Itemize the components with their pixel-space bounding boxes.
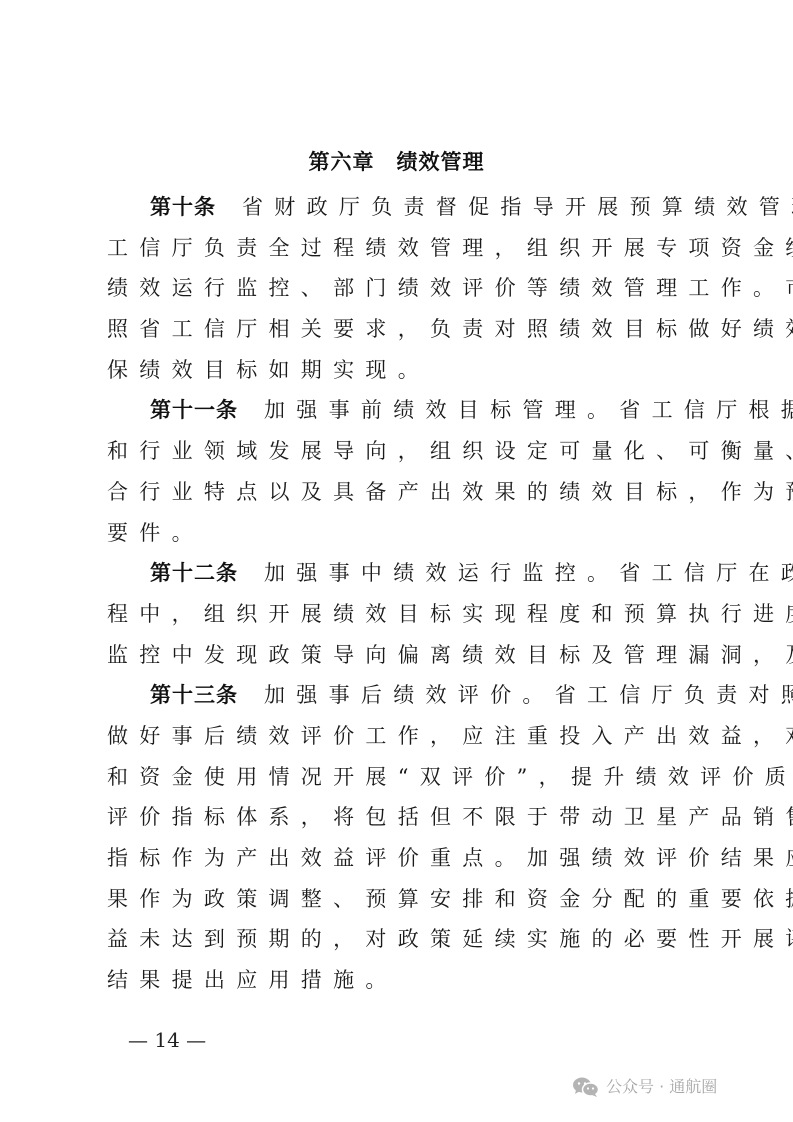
chapter-title: 第六章 绩效管理 (0, 147, 793, 177)
article-11-line-4: 要件。 (107, 513, 707, 554)
article-10-line-2: 工信厅负责全过程绩效管理，组织开展专项资金绩效目标管理、 (107, 228, 707, 269)
watermark: 公众号 · 通航圈 (572, 1075, 717, 1099)
article-text: 加强事前绩效目标管理。省工信厅根据政策目标 (264, 398, 793, 422)
article-13-line-8: 结果提出应用措施。 (107, 960, 707, 1001)
article-number: 第十条 (150, 195, 216, 219)
article-12-line-3: 监控中发现政策导向偏离绩效目标及管理漏洞，及时纠正偏差。 (107, 635, 707, 676)
article-number: 第十二条 (150, 561, 238, 585)
document-page: 第六章 绩效管理 第十条省财政厅负责督促指导开展预算绩效管理工作。省 工信厅负责… (0, 0, 793, 1122)
page-number: — 14 — (128, 1025, 206, 1055)
article-text: 加强事后绩效评价。省工信厅负责对照绩效目标 (264, 683, 793, 707)
article-13-line-4: 评价指标体系，将包括但不限于带动卫星产品销售收入等个性化 (107, 797, 707, 838)
article-13-line-2: 做好事后绩效评价工作，应注重投入产出效益，对政策实施效果 (107, 716, 707, 757)
article-13-line-5: 指标作为产出效益评价重点。加强绩效评价结果应用，将评价结 (107, 838, 707, 879)
wechat-icon (572, 1076, 600, 1098)
article-12-line-2: 程中，组织开展绩效目标实现程度和预算执行进度“双监控”，对 (107, 594, 707, 635)
article-13-line-1: 第十三条加强事后绩效评价。省工信厅负责对照绩效目标 (107, 675, 707, 716)
article-number: 第十三条 (150, 683, 238, 707)
article-10-line-4: 照省工信厅相关要求，负责对照绩效目标做好绩效评价工作，确 (107, 309, 707, 350)
article-text: 加强事中绩效运行监控。省工信厅在政策实施过 (264, 561, 793, 585)
document-body: 第十条省财政厅负责督促指导开展预算绩效管理工作。省 工信厅负责全过程绩效管理，组… (107, 187, 707, 1001)
article-11-line-1: 第十一条加强事前绩效目标管理。省工信厅根据政策目标 (107, 390, 707, 431)
article-text: 省财政厅负责督促指导开展预算绩效管理工作。省 (242, 195, 793, 219)
article-13-line-3: 和资金使用情况开展“双评价”，提升绩效评价质量和实效。健全 (107, 757, 707, 798)
watermark-text: 公众号 · 通航圈 (606, 1075, 717, 1099)
article-10-line-5: 保绩效目标如期实现。 (107, 350, 707, 391)
article-number: 第十一条 (150, 398, 238, 422)
article-13-line-6: 果作为政策调整、预算安排和资金分配的重要依据，对于产出效 (107, 879, 707, 920)
article-11-line-2: 和行业领域发展导向，组织设定可量化、可衡量、可定性并且符 (107, 431, 707, 472)
article-10-line-1: 第十条省财政厅负责督促指导开展预算绩效管理工作。省 (107, 187, 707, 228)
article-10-line-3: 绩效运行监控、部门绩效评价等绩效管理工作。市县工信部门按 (107, 268, 707, 309)
article-12-line-1: 第十二条加强事中绩效运行监控。省工信厅在政策实施过 (107, 553, 707, 594)
article-11-line-3: 合行业特点以及具备产出效果的绩效目标，作为预算管理的前置 (107, 472, 707, 513)
article-13-line-7: 益未达到预期的，对政策延续实施的必要性开展评估，根据评估 (107, 919, 707, 960)
